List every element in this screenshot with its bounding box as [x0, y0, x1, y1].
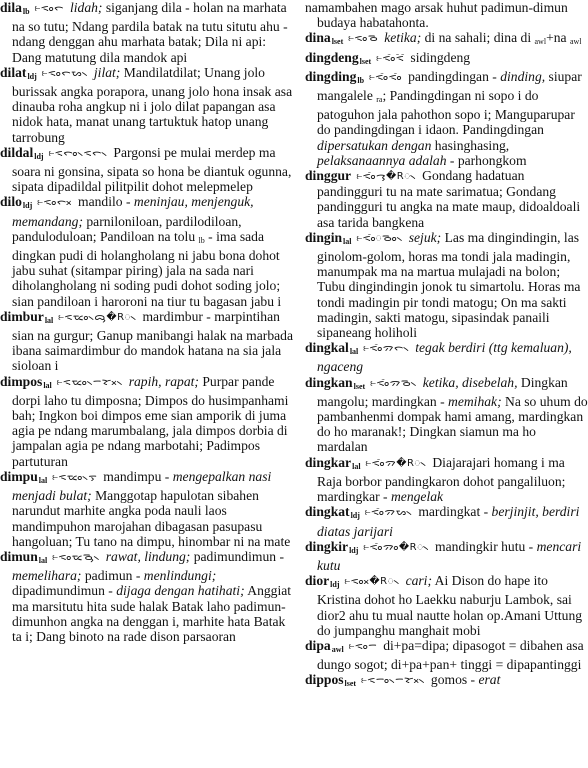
batak-script-icon: ⥼ᯑᯪᯇ᯲ᯇᯬᯘ᯲	[361, 675, 425, 686]
batak-script-icon: ⥼ᯑᯪᯬ�R᯲	[345, 576, 400, 587]
word-class-tag: lset	[360, 57, 372, 66]
headword: dimun	[0, 549, 38, 564]
definition-text: mandilo -	[78, 194, 134, 209]
dictionary-entry: dingkallal⥼ᯑᯪᯰᯄᯞ᯲tegak berdiri (ttg kema…	[305, 340, 588, 374]
headword: dingkan	[305, 375, 353, 390]
subscript-tag: awl	[535, 37, 547, 46]
headword: dimpu	[0, 469, 38, 484]
dictionary-entry: dilalb⥼ᯑᯪᯞlidah; siganjang dila - holan …	[0, 0, 298, 65]
translation-text: pelaksanaannya adalah	[317, 153, 447, 168]
translation-text: tegak berdiri (ttg kemaluan), ngaceng	[317, 340, 572, 374]
dictionary-entry: dingkarlal⥼ᯑᯪᯰᯄ�R᯲Diajarajari homang i m…	[305, 455, 588, 505]
word-class-tag: lal	[39, 556, 47, 565]
continuation-text: namambahen mago arsak huhut padimun-dimu…	[305, 0, 588, 30]
right-column: namambahen mago arsak huhut padimun-dimu…	[305, 0, 588, 692]
headword: dila	[0, 0, 22, 15]
translation-text: dinding,	[500, 69, 545, 84]
dictionary-page: dilalb⥼ᯑᯪᯞlidah; siganjang dila - holan …	[0, 0, 588, 768]
translation-text: memihak;	[448, 394, 502, 409]
word-class-tag: lb	[357, 76, 364, 85]
translation-text: rapih, rapat;	[129, 374, 199, 389]
batak-script-icon: ⥼ᯑᯪᯔᯮᯉ᯲	[52, 552, 100, 563]
dictionary-entry: diloldj⥼ᯑᯪᯞᯬmandilo - meninjau, menjengu…	[0, 194, 298, 308]
translation-text: memelihara;	[12, 568, 81, 583]
headword: dinggur	[305, 168, 351, 183]
definition-text: +na	[546, 30, 570, 45]
word-class-tag: lal	[45, 316, 53, 325]
translation-text: cari;	[406, 573, 432, 588]
batak-script-icon: ⥼ᯑᯪᯔ᯲ᯇᯬᯘ᯲	[57, 377, 123, 388]
word-class-tag: lal	[43, 381, 51, 390]
word-class-tag: ldj	[349, 546, 358, 555]
definition-text: mandingkir hutu -	[435, 539, 537, 554]
batak-script-icon: ⥼ᯑᯪᯇ	[349, 641, 377, 652]
batak-script-icon: ⥼ᯑᯪᯔ᯲ᯅᯮ�R᯲	[58, 312, 136, 323]
word-class-tag: lset	[332, 37, 344, 46]
definition-text: dipadimundimun -	[12, 583, 116, 598]
batak-script-icon: ⥼ᯑᯪᯰᯄᯉ᯲	[370, 378, 417, 389]
dictionary-entry: dingdinglb⥼ᯑᯪᯰᯑᯪᯰpandingdingan - dinding…	[305, 69, 588, 168]
definition-text: gomos -	[431, 672, 479, 687]
translation-text: rawat, lindung;	[106, 549, 191, 564]
headword: dingin	[305, 230, 342, 245]
definition-text: mardimbur - marpintihan sian na gurgur; …	[12, 309, 293, 374]
batak-script-icon: ⥼ᯑᯪᯞᯗ᯲	[42, 68, 88, 79]
definition-text: hasinghasing,	[431, 138, 509, 153]
word-class-tag: lal	[352, 462, 360, 471]
headword: dimbur	[0, 309, 44, 324]
batak-script-icon: ⥼ᯑᯪᯰᯑᯪᯰ	[369, 72, 402, 83]
headword: dina	[305, 30, 331, 45]
headword: dingkal	[305, 340, 349, 355]
headword: dipa	[305, 638, 331, 653]
batak-script-icon: ⥼ᯑᯪᯰᯄᯞ᯲	[363, 343, 409, 354]
dictionary-entry: dipposlset⥼ᯑᯪᯇ᯲ᯇᯬᯘ᯲gomos - erat	[305, 672, 588, 691]
batak-script-icon: ⥼ᯑᯪᯉ	[348, 33, 378, 44]
definition-text: di na sahali; dina di	[421, 30, 534, 45]
headword: dior	[305, 573, 329, 588]
definition-text: pandingdingan -	[408, 69, 500, 84]
translation-text: dijaga dengan hatihati;	[116, 583, 244, 598]
headword: dingkat	[305, 504, 350, 519]
headword: dimpos	[0, 374, 42, 389]
subscript-tag: awl	[570, 37, 582, 46]
word-class-tag: lset	[354, 382, 366, 391]
translation-text: dipersatukan dengan	[317, 138, 431, 153]
dictionary-entry: dimpulal⥼ᯑᯪᯔ᯲ᯇᯮmandimpu - mengepalkan na…	[0, 469, 298, 549]
dictionary-entry: dingkirldj⥼ᯑᯪᯰᯄᯪ�R᯲mandingkir hutu - men…	[305, 539, 588, 573]
left-column: dilalb⥼ᯑᯪᯞlidah; siganjang dila - holan …	[0, 0, 298, 644]
headword: dingkar	[305, 455, 351, 470]
dictionary-entry: dimburlal⥼ᯑᯪᯔ᯲ᯅᯮ�R᯲mardimbur - marpintih…	[0, 309, 298, 374]
word-class-tag: ldj	[351, 511, 360, 520]
headword: dippos	[305, 672, 344, 687]
word-class-tag: lset	[345, 679, 357, 688]
dictionary-entry: dildalldj⥼ᯑᯪᯞ᯲ᯑᯞ᯲Pargonsi pe mulai merde…	[0, 145, 298, 195]
batak-script-icon: ⥼ᯑᯪᯞ᯲ᯑᯞ᯲	[49, 148, 108, 159]
definition-text: - parhongkom	[447, 153, 527, 168]
translation-text: mengelak	[391, 489, 443, 504]
translation-text: lidah;	[70, 0, 102, 15]
translation-text: ketika;	[384, 30, 421, 45]
dictionary-entry: dinalset⥼ᯑᯪᯉketika; di na sahali; dina d…	[305, 30, 588, 49]
translation-text: sejuk;	[409, 230, 441, 245]
dictionary-entry: dilatldj⥼ᯑᯪᯞᯗ᯲jilat; Mandilatdilat; Unan…	[0, 65, 298, 145]
headword: dilat	[0, 65, 26, 80]
definition-text: sidingdeng	[410, 50, 470, 65]
word-class-tag: lal	[343, 237, 351, 246]
dictionary-entry: dinginlal⥼ᯑᯪᯰᯪᯉ᯲sejuk; Las ma dinginding…	[305, 230, 588, 340]
translation-text: menlindungi;	[144, 568, 217, 583]
batak-script-icon: ⥼ᯑᯪᯔ᯲ᯇᯮ	[52, 472, 97, 483]
batak-script-icon: ⥼ᯑᯪᯞ	[35, 3, 64, 14]
definition-text: mandimpu -	[103, 469, 172, 484]
definition-text: padimun -	[81, 568, 143, 583]
dictionary-entry: dinggur ⥼ᯑᯪᯰᯎᯮ�R᯲Gondang hadatuan pandin…	[305, 168, 588, 230]
definition-text: padimundimun -	[190, 549, 284, 564]
word-class-tag: lb	[23, 7, 30, 16]
batak-script-icon: ⥼ᯑᯪᯞᯬ	[37, 197, 72, 208]
dictionary-entry: dingkanlset⥼ᯑᯪᯰᯄᯉ᯲ketika, disebelah, Din…	[305, 375, 588, 455]
dictionary-entry: dingdenglset⥼ᯑᯪᯰᯑᯩᯰsidingdeng	[305, 50, 588, 69]
batak-script-icon: ⥼ᯑᯪᯰᯎᯮ�R᯲	[357, 171, 417, 182]
translation-text: ketika, disebelah,	[423, 375, 518, 390]
definition-text: Las ma dingindingin, las ginolom-golom, …	[317, 230, 580, 340]
dictionary-entry: dipaawl⥼ᯑᯪᯇdi+pa=dipa; dipasogot = dibah…	[305, 638, 588, 672]
definition-text: mardingkat -	[418, 504, 491, 519]
dictionary-entry: dingkatldj⥼ᯑᯪᯰᯄᯗ᯲mardingkat - berjinjit,…	[305, 504, 588, 538]
word-class-tag: ldj	[23, 201, 32, 210]
word-class-tag: awl	[332, 645, 344, 654]
batak-script-icon: ⥼ᯑᯪᯰᯄᯪ�R᯲	[363, 542, 429, 553]
batak-script-icon: ⥼ᯑᯪᯰᯄᯗ᯲	[365, 507, 412, 518]
headword: dingdeng	[305, 50, 359, 65]
word-class-tag: ldj	[34, 152, 43, 161]
batak-script-icon: ⥼ᯑᯪᯰᯪᯉ᯲	[356, 233, 402, 244]
dictionary-entry: dimunlal⥼ᯑᯪᯔᯮᯉ᯲rawat, lindung; padimundi…	[0, 549, 298, 644]
word-class-tag: lal	[350, 347, 358, 356]
headword: dingding	[305, 69, 356, 84]
headword: dilo	[0, 194, 22, 209]
headword: dildal	[0, 145, 33, 160]
word-class-tag: lal	[39, 476, 47, 485]
headword: dingkir	[305, 539, 348, 554]
dictionary-entry: diorldj⥼ᯑᯪᯬ�R᯲cari; Ai Dison do hape ito…	[305, 573, 588, 638]
word-class-tag: ldj	[330, 580, 339, 589]
dictionary-entry: dimposlal⥼ᯑᯪᯔ᯲ᯇᯬᯘ᯲rapih, rapat; Purpar p…	[0, 374, 298, 469]
translation-text: erat	[478, 672, 500, 687]
word-class-tag: ldj	[27, 72, 36, 81]
batak-script-icon: ⥼ᯑᯪᯰᯄ�R᯲	[366, 458, 427, 469]
batak-script-icon: ⥼ᯑᯪᯰᯑᯩᯰ	[376, 53, 404, 64]
translation-text: jilat;	[94, 65, 120, 80]
